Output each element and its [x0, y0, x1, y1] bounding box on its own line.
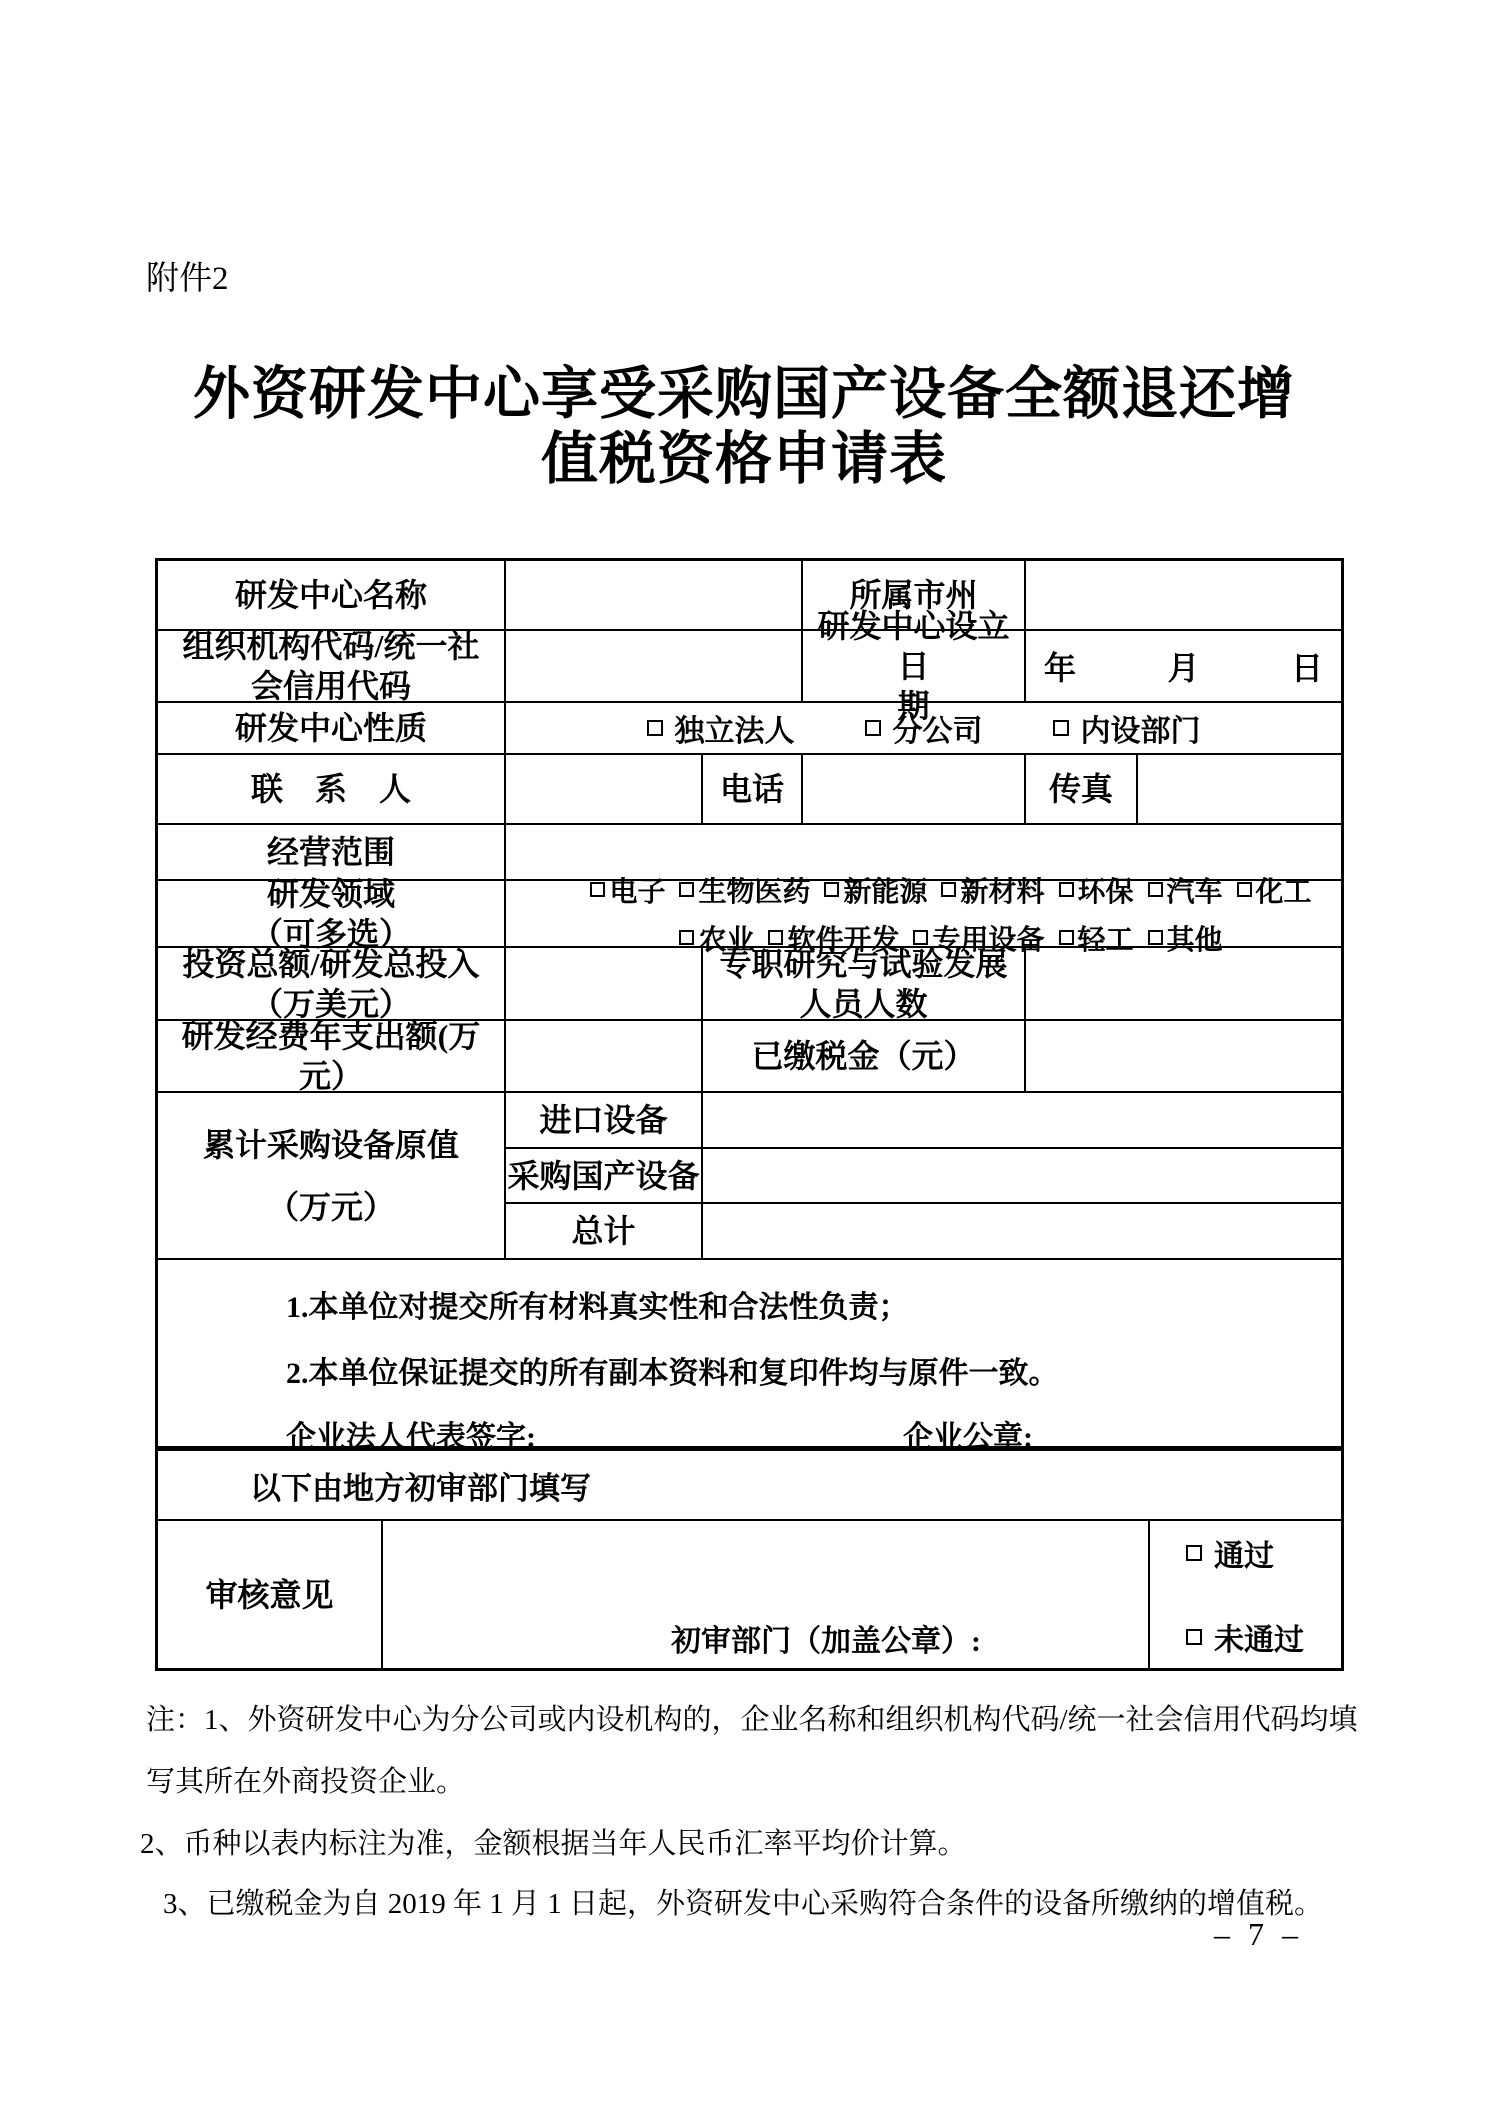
attachment-label: 附件2 — [146, 252, 229, 299]
checkbox-icon[interactable] — [1148, 882, 1163, 897]
review-opinion-label: 审核意见 — [158, 1521, 383, 1668]
checkbox-icon[interactable] — [679, 930, 694, 945]
checkbox-icon[interactable] — [941, 882, 956, 897]
declaration-statement-2: 2.本单位保证提交的所有副本资料和复印件均与原件一致。 — [286, 1348, 1059, 1392]
title-line-1: 外资研发中心享受采购国产设备全额退还增 — [0, 362, 1488, 427]
checkbox-icon[interactable] — [1059, 882, 1074, 897]
contact-field[interactable] — [506, 755, 703, 823]
establish-date-field[interactable]: 年 月 日 — [1026, 631, 1341, 701]
row-review-section: 以下由地方初审部门填写 — [158, 1451, 1341, 1521]
establish-date-label-line1: 研发中心设立日 — [803, 606, 1024, 686]
nature-option-label: 独立法人 — [675, 706, 795, 750]
row-review-opinion: 审核意见 初审部门（加盖公章）: 通过 未通过 — [158, 1521, 1341, 1668]
note-3: 3、已缴税金为自 2019 年 1 月 1 日起，外资研发中心采购符合条件的设备… — [163, 1881, 1323, 1922]
total-equipment-field[interactable] — [703, 1204, 1341, 1258]
nature-option-label: 分公司 — [893, 706, 983, 750]
nature-option-internal-dept[interactable]: 内设部门 — [1053, 706, 1201, 750]
field-option-label: 汽车 — [1167, 870, 1223, 910]
document-page: 附件2 外资研发中心享受采购国产设备全额退还增 值税资格申请表 研发中心名称 所… — [0, 0, 1488, 2105]
total-investment-label: 投资总额/研发总投入 （万美元） — [158, 948, 506, 1019]
rd-center-name-label: 研发中心名称 — [158, 561, 506, 629]
equipment-value-label: 累计采购设备原值 （万元） — [158, 1093, 506, 1258]
center-nature-label: 研发中心性质 — [158, 703, 506, 753]
note-2: 2、币种以表内标注为准，金额根据当年人民币汇率平均价计算。 — [140, 1821, 967, 1862]
tax-paid-field[interactable] — [1026, 1021, 1341, 1091]
field-option-new-energy[interactable]: 新能源 — [824, 870, 927, 910]
review-option-pass[interactable]: 通过 — [1186, 1531, 1274, 1575]
checkbox-icon[interactable] — [1186, 1545, 1202, 1561]
checkbox-icon[interactable] — [1186, 1629, 1202, 1645]
imported-equipment-label: 进口设备 — [506, 1093, 703, 1147]
phone-label: 电话 — [703, 755, 803, 823]
nature-option-independent[interactable]: 独立法人 — [647, 706, 795, 750]
equipment-value-label-line1: 累计采购设备原值 — [203, 1114, 459, 1176]
center-nature-options: 独立法人 分公司 内设部门 — [506, 703, 1341, 753]
row-rd-center-name: 研发中心名称 所属市州 — [158, 561, 1341, 631]
review-option-fail-label: 未通过 — [1214, 1615, 1304, 1659]
rd-staff-field[interactable] — [1026, 948, 1341, 1019]
checkbox-icon[interactable] — [865, 720, 881, 736]
review-dept-seal-label: 初审部门（加盖公章）: — [671, 1616, 981, 1660]
annual-expense-label-line2: 元） — [299, 1056, 363, 1096]
nature-option-branch[interactable]: 分公司 — [865, 706, 983, 750]
subrow-imported: 进口设备 — [506, 1093, 1341, 1149]
nature-option-label: 内设部门 — [1081, 706, 1201, 750]
checkbox-icon[interactable] — [647, 720, 663, 736]
field-option-label: 新材料 — [960, 870, 1044, 910]
annual-expense-field[interactable] — [506, 1021, 703, 1091]
legal-rep-signature-label: 企业法人代表签字: — [286, 1412, 536, 1456]
total-investment-field[interactable] — [506, 948, 703, 1019]
checkbox-icon[interactable] — [1059, 930, 1074, 945]
field-option-label: 环保 — [1078, 870, 1134, 910]
rd-fields-label: 研发领域 （可多选） — [158, 881, 506, 946]
subrow-total: 总计 — [506, 1204, 1341, 1258]
row-declaration: 1.本单位对提交所有材料真实性和合法性负责； 2.本单位保证提交的所有副本资料和… — [158, 1260, 1341, 1451]
row-equipment-value: 累计采购设备原值 （万元） 进口设备 采购国产设备 总计 — [158, 1093, 1341, 1260]
equipment-value-subtable: 进口设备 采购国产设备 总计 — [506, 1093, 1341, 1258]
field-option-label: 化工 — [1256, 870, 1312, 910]
contact-label: 联 系 人 — [158, 755, 506, 823]
domestic-equipment-field[interactable] — [703, 1149, 1341, 1203]
row-contact: 联 系 人 电话 传真 — [158, 755, 1341, 825]
tax-paid-label: 已缴税金（元） — [703, 1021, 1026, 1091]
rd-staff-label: 专职研究与试验发展 人员人数 — [703, 948, 1026, 1019]
org-code-label-line1: 组织机构代码/统一社 — [183, 626, 480, 666]
rd-staff-label-line1: 专职研究与试验发展 — [719, 944, 1007, 984]
field-option-chemical[interactable]: 化工 — [1237, 870, 1312, 910]
field-option-automobile[interactable]: 汽车 — [1148, 870, 1223, 910]
rd-fields-label-line1: 研发领域 — [267, 874, 395, 914]
rd-staff-label-line2: 人员人数 — [799, 984, 927, 1024]
total-equipment-label: 总计 — [506, 1204, 703, 1258]
row-total-investment: 投资总额/研发总投入 （万美元） 专职研究与试验发展 人员人数 — [158, 948, 1341, 1021]
month-label: 月 — [1167, 643, 1199, 689]
company-seal-label: 企业公章: — [903, 1412, 1033, 1456]
row-annual-expense: 研发经费年支出额(万 元） 已缴税金（元） — [158, 1021, 1341, 1093]
rd-center-name-field[interactable] — [506, 561, 803, 629]
review-section-label: 以下由地方初审部门填写 — [158, 1451, 1341, 1519]
equipment-value-label-line2: （万元） — [267, 1176, 395, 1238]
field-option-environment[interactable]: 环保 — [1059, 870, 1134, 910]
org-code-field[interactable] — [506, 631, 803, 701]
field-option-biomedicine[interactable]: 生物医药 — [679, 870, 810, 910]
annual-expense-label: 研发经费年支出额(万 元） — [158, 1021, 506, 1091]
title-line-2: 值税资格申请表 — [0, 427, 1488, 492]
checkbox-icon[interactable] — [590, 882, 605, 897]
rd-fields-options-line1: 电子 生物医药 新能源 新材料 环保 汽车 化工 — [561, 870, 1341, 910]
review-result-options: 通过 未通过 — [1150, 1521, 1341, 1668]
business-scope-label: 经营范围 — [158, 825, 506, 879]
review-opinion-field[interactable]: 初审部门（加盖公章）: — [383, 1521, 1150, 1668]
checkbox-icon[interactable] — [1053, 720, 1069, 736]
page-number: – 7 – — [1214, 1916, 1298, 1953]
org-code-label-line2: 会信用代码 — [251, 666, 411, 706]
review-option-pass-label: 通过 — [1214, 1531, 1274, 1575]
domestic-equipment-label: 采购国产设备 — [506, 1149, 703, 1203]
row-rd-fields: 研发领域 （可多选） 电子 生物医药 新能源 新材料 环保 汽车 化工 农业 软… — [158, 881, 1341, 948]
rd-fields-options: 电子 生物医药 新能源 新材料 环保 汽车 化工 农业 软件开发 专用设备 轻工… — [506, 881, 1341, 946]
annual-expense-label-line1: 研发经费年支出额(万 — [182, 1016, 481, 1056]
checkbox-icon[interactable] — [824, 882, 839, 897]
page-title: 外资研发中心享受采购国产设备全额退还增 值税资格申请表 — [0, 362, 1488, 492]
field-option-label: 生物医药 — [698, 870, 810, 910]
org-code-label: 组织机构代码/统一社 会信用代码 — [158, 631, 506, 701]
phone-field[interactable] — [803, 755, 1026, 823]
declaration-statement-1: 1.本单位对提交所有材料真实性和合法性负责； — [286, 1282, 909, 1326]
field-option-new-materials[interactable]: 新材料 — [941, 870, 1044, 910]
review-option-fail[interactable]: 未通过 — [1186, 1615, 1304, 1659]
checkbox-icon[interactable] — [1237, 882, 1252, 897]
day-label: 日 — [1291, 643, 1323, 689]
row-org-code: 组织机构代码/统一社 会信用代码 研发中心设立日 期 年 月 日 — [158, 631, 1341, 703]
fax-field[interactable] — [1138, 755, 1341, 823]
row-center-nature: 研发中心性质 独立法人 分公司 内设部门 — [158, 703, 1341, 755]
field-option-label: 新能源 — [843, 870, 927, 910]
fax-label: 传真 — [1026, 755, 1138, 823]
city-field[interactable] — [1026, 561, 1341, 629]
year-label: 年 — [1044, 643, 1076, 689]
field-option-electronics[interactable]: 电子 — [590, 870, 665, 910]
checkbox-icon[interactable] — [1148, 930, 1163, 945]
note-1-line-1: 注：1、外资研发中心为分公司或内设机构的，企业名称和组织机构代码/统一社会信用代… — [146, 1697, 1358, 1738]
total-investment-label-line1: 投资总额/研发总投入 — [183, 944, 480, 984]
declaration-cell: 1.本单位对提交所有材料真实性和合法性负责； 2.本单位保证提交的所有副本资料和… — [158, 1260, 1341, 1446]
imported-equipment-field[interactable] — [703, 1093, 1341, 1147]
subrow-domestic: 采购国产设备 — [506, 1149, 1341, 1205]
checkbox-icon[interactable] — [679, 882, 694, 897]
establish-date-label: 研发中心设立日 期 — [803, 631, 1026, 701]
field-option-label: 电子 — [609, 870, 665, 910]
note-1-line-2: 写其所在外商投资企业。 — [146, 1759, 465, 1800]
application-form-table: 研发中心名称 所属市州 组织机构代码/统一社 会信用代码 研发中心设立日 期 年… — [155, 558, 1344, 1671]
